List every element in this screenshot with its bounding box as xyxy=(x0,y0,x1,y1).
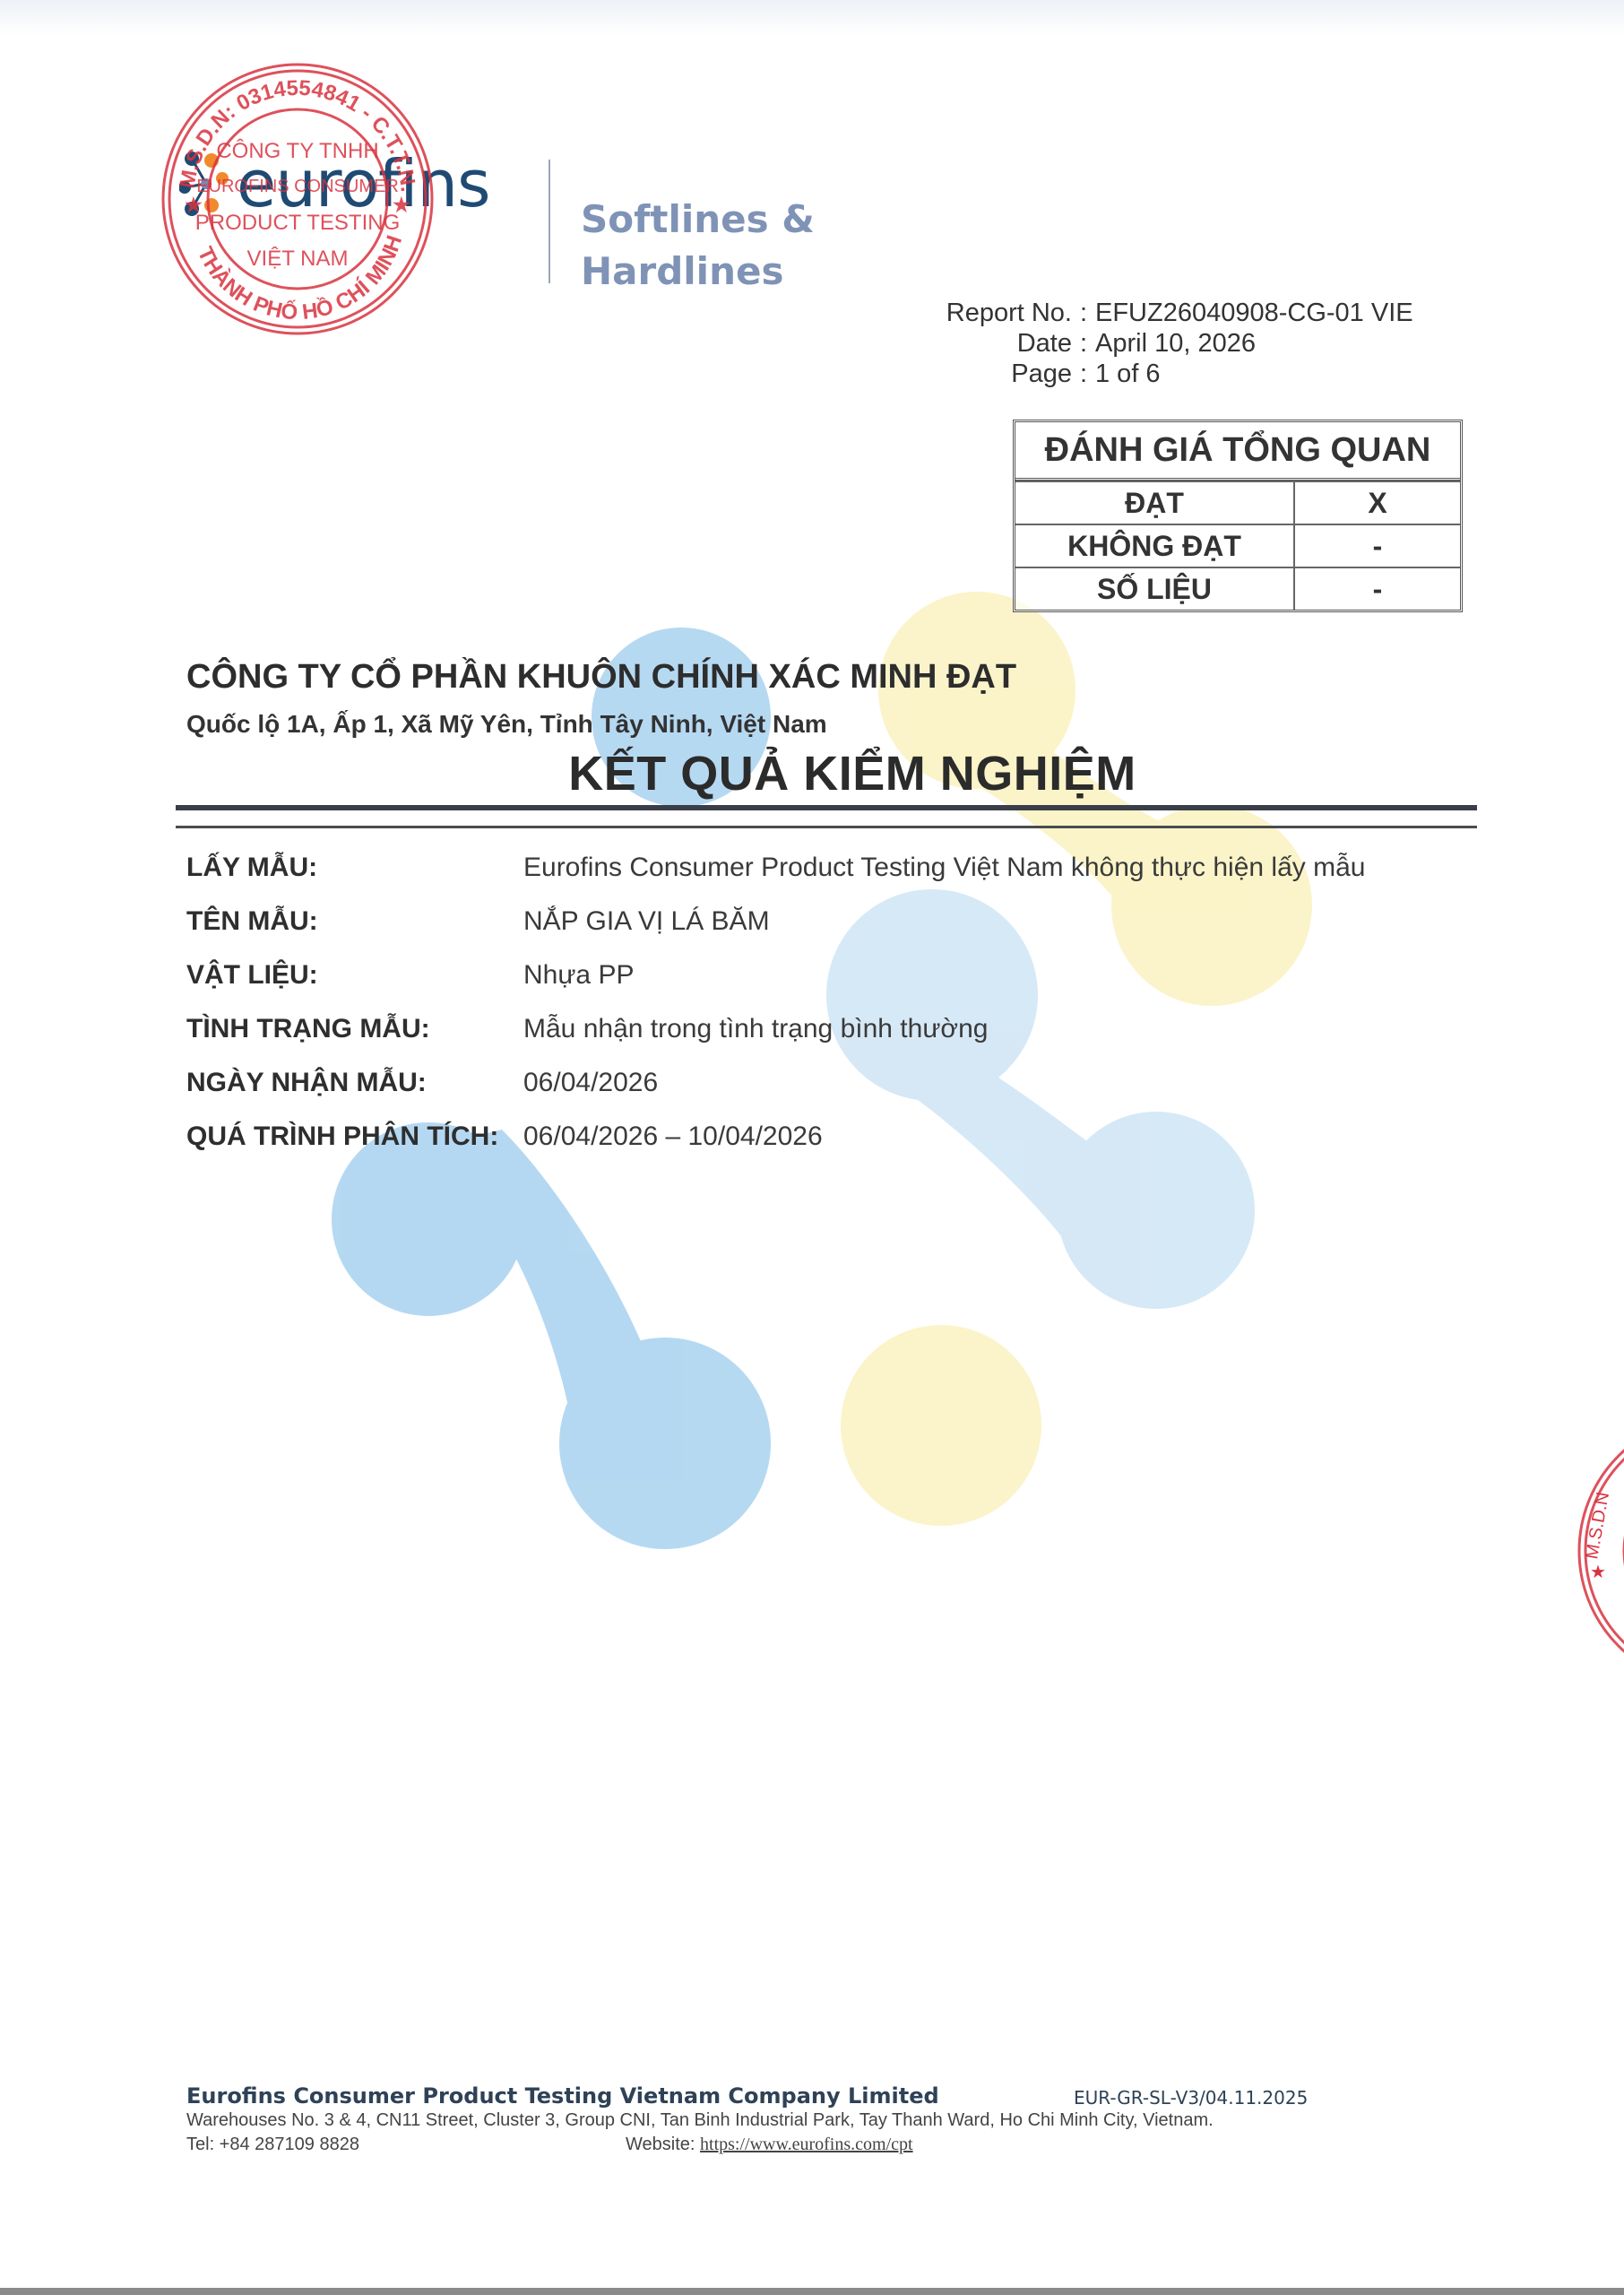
title-rule-thick xyxy=(176,805,1477,810)
assessment-row-data: SỐ LIỆU - xyxy=(1015,567,1460,610)
client-address: Quốc lộ 1A, Ấp 1, Xã Mỹ Yên, Tỉnh Tây Ni… xyxy=(186,710,827,739)
assessment-row-pass: ĐẠT X xyxy=(1015,481,1460,524)
info-label: NGÀY NHẬN MẪU: xyxy=(186,1068,523,1098)
svg-text:M.S.D.N: 0314554841 - C.T.T.N.: M.S.D.N: 0314554841 - C.T.T.N.H.H xyxy=(158,59,420,193)
footer-address: Warehouses No. 3 & 4, CN11 Street, Clust… xyxy=(186,2110,1316,2131)
info-row-received-date: NGÀY NHẬN MẪU: 06/04/2026 xyxy=(186,1056,1365,1110)
assessment-mark: X xyxy=(1295,482,1460,524)
svg-text:VIỆT NAM: VIỆT NAM xyxy=(247,247,349,271)
info-value: 06/04/2026 – 10/04/2026 xyxy=(523,1122,823,1152)
footer-contact: Tel: +84 287109 8828 Website: https://ww… xyxy=(186,2135,1316,2158)
division-line-2: Hardlines xyxy=(581,246,815,298)
scan-edge xyxy=(0,2288,1624,2295)
report-metadata: Report No. : EFUZ26040908-CG-01 VIE Date… xyxy=(932,298,1413,389)
info-value: NẮP GIA VỊ LÁ BĂM xyxy=(523,906,770,937)
assessment-mark: - xyxy=(1295,568,1460,610)
info-value: Eurofins Consumer Product Testing Việt N… xyxy=(523,853,1365,883)
assessment-label: SỐ LIỆU xyxy=(1015,568,1295,610)
page-label: Page xyxy=(932,359,1072,389)
title-rule-thin xyxy=(176,826,1477,828)
svg-text:EUROFINS CONSUMER: EUROFINS CONSUMER xyxy=(196,177,399,196)
report-number-label: Report No. xyxy=(932,298,1072,328)
separator: : xyxy=(1072,359,1095,389)
svg-text:CÔNG TY TNHH: CÔNG TY TNHH xyxy=(216,138,378,163)
page-row: Page : 1 of 6 xyxy=(932,359,1413,389)
division-name: Softlines & Hardlines xyxy=(581,194,815,298)
info-label: QUÁ TRÌNH PHÂN TÍCH: xyxy=(186,1122,523,1152)
report-number: EFUZ26040908-CG-01 VIE xyxy=(1095,298,1413,328)
sample-info: LẤY MẪU: Eurofins Consumer Product Testi… xyxy=(186,841,1365,1164)
page-number: 1 of 6 xyxy=(1095,359,1161,389)
info-row-analysis-period: QUÁ TRÌNH PHÂN TÍCH: 06/04/2026 – 10/04/… xyxy=(186,1110,1365,1164)
report-number-row: Report No. : EFUZ26040908-CG-01 VIE xyxy=(932,298,1413,328)
report-date-row: Date : April 10, 2026 xyxy=(932,328,1413,359)
footer: Eurofins Consumer Product Testing Vietna… xyxy=(186,2083,1316,2158)
info-label: VẬT LIỆU: xyxy=(186,960,523,991)
assessment-label: KHÔNG ĐẠT xyxy=(1015,525,1295,567)
website-link[interactable]: https://www.eurofins.com/cpt xyxy=(700,2135,913,2154)
info-row-material: VẬT LIỆU: Nhựa PP xyxy=(186,948,1365,1002)
svg-text:PRODUCT TESTING: PRODUCT TESTING xyxy=(195,211,400,235)
info-row-sampling: LẤY MẪU: Eurofins Consumer Product Testi… xyxy=(186,841,1365,895)
document-title: KẾT QUẢ KIỂM NGHIỆM xyxy=(0,746,1624,801)
report-date-label: Date xyxy=(932,328,1072,359)
scan-shadow xyxy=(0,0,1624,36)
info-value: 06/04/2026 xyxy=(523,1068,658,1098)
report-date: April 10, 2026 xyxy=(1095,328,1256,359)
client-company-name: CÔNG TY CỔ PHẦN KHUÔN CHÍNH XÁC MINH ĐẠT xyxy=(186,658,1016,697)
division-line-1: Softlines & xyxy=(581,194,815,246)
separator: : xyxy=(1072,328,1095,359)
company-stamp: M.S.D.N: 0314554841 - C.T.T.N.H.H THÀNH … xyxy=(158,59,437,339)
info-label: LẤY MẪU: xyxy=(186,853,523,883)
info-value: Nhựa PP xyxy=(523,960,634,991)
logo-divider xyxy=(549,160,550,283)
overall-assessment-title: ĐÁNH GIÁ TỔNG QUAN xyxy=(1015,422,1460,481)
info-value: Mẫu nhận trong tình trạng bình thường xyxy=(523,1014,988,1044)
info-row-sample-name: TÊN MẪU: NẮP GIA VỊ LÁ BĂM xyxy=(186,895,1365,948)
svg-text:★: ★ xyxy=(1590,1563,1606,1582)
assessment-row-fail: KHÔNG ĐẠT - xyxy=(1015,524,1460,567)
footer-tel: Tel: +84 287109 8828 xyxy=(186,2135,359,2154)
info-row-condition: TÌNH TRẠNG MẪU: Mẫu nhận trong tình trạn… xyxy=(186,1002,1365,1056)
info-label: TÊN MẪU: xyxy=(186,906,523,937)
separator: : xyxy=(1072,298,1095,328)
assessment-mark: - xyxy=(1295,525,1460,567)
assessment-label: ĐẠT xyxy=(1015,482,1295,524)
footer-website: Website: https://www.eurofins.com/cpt xyxy=(626,2135,913,2155)
website-label: Website: xyxy=(626,2135,695,2154)
form-code: EUR-GR-SL-V3/04.11.2025 xyxy=(1074,2087,1308,2109)
overall-assessment-table: ĐÁNH GIÁ TỔNG QUAN ĐẠT X KHÔNG ĐẠT - SỐ … xyxy=(1013,420,1463,612)
partial-stamp-right-edge: M.S.D.N ★ xyxy=(1570,1443,1624,1658)
info-label: TÌNH TRẠNG MẪU: xyxy=(186,1014,523,1044)
